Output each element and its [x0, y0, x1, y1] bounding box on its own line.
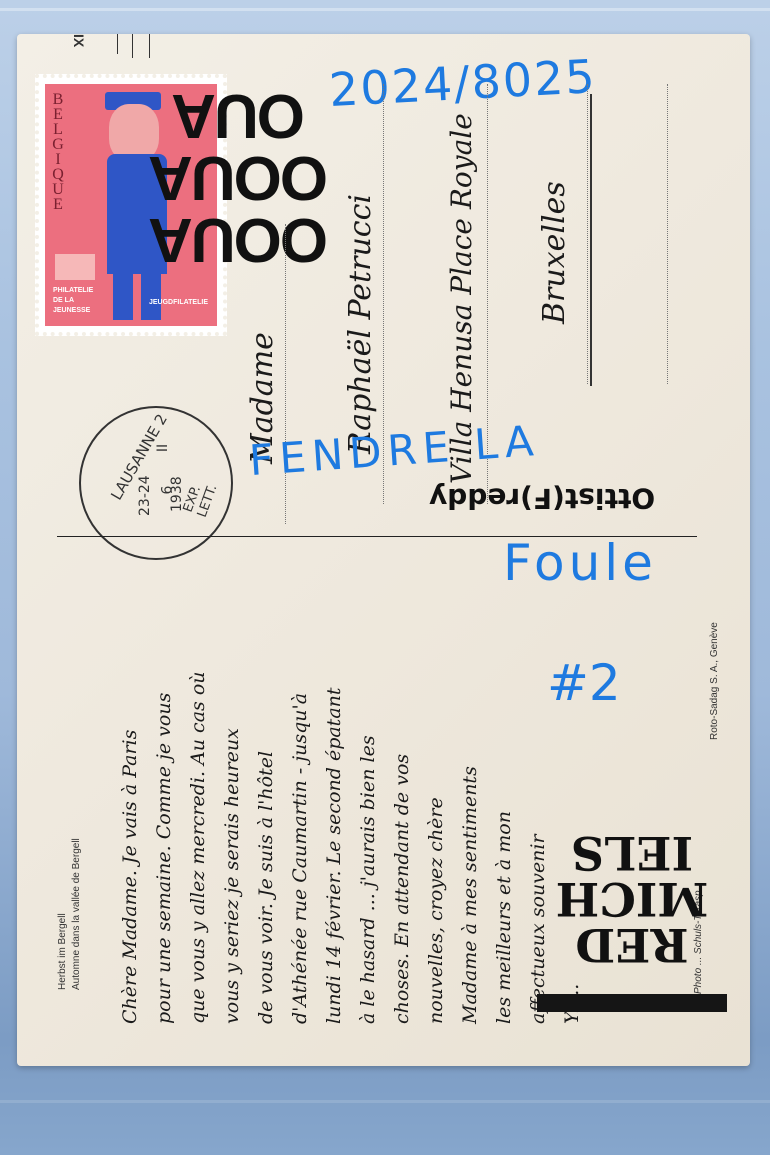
stamp-caption-right: JEUGDFILATELIE: [149, 299, 208, 306]
message-text: Chère Madame. Je vais à Paris pour une s…: [113, 672, 589, 1025]
blue-text-fendre-la: FENDRE LA: [248, 416, 541, 485]
edge-marks: IX: [71, 34, 87, 47]
caption-printer: Roto-Sadag S. A., Genève: [709, 622, 720, 740]
scanner-glare: [0, 1100, 770, 1103]
postmark-service: EXP. LETT.: [181, 458, 228, 519]
fred-michiels-stamp: RED MICH IELS: [537, 830, 727, 968]
address-line: [587, 84, 588, 384]
postman-leg: [141, 270, 161, 320]
caption-title-de: Herbst im Bergell: [57, 913, 68, 990]
fred-stamp-bar: [537, 994, 727, 1012]
address-line: [667, 84, 668, 384]
oua-overprint: OOUA OOUA OUA: [139, 84, 339, 270]
postcard: IX BELGIQUE PHILATELIE DE LA JEUNESSE JE…: [17, 34, 750, 1066]
stamp-caption-left: PHILATELIE DE LA JEUNESSE: [53, 286, 93, 316]
address-line-2: Raphaël Petrucci: [343, 194, 378, 454]
address-line-4: Bruxelles: [537, 181, 572, 324]
postmark-time: 23-24: [137, 475, 153, 516]
edge-line: [117, 34, 118, 54]
ottist-freddy-stamp: Ottist(F)reddy: [429, 482, 655, 515]
edge-line: [132, 34, 133, 58]
scanner-glare: [0, 8, 770, 11]
blue-text-foule: Foule: [503, 534, 657, 592]
edge-line: [149, 34, 150, 58]
address-divider: [590, 94, 592, 386]
stamp-country: BELGIQUE: [51, 92, 65, 212]
postman-leg: [113, 270, 133, 320]
postman-letter: [55, 254, 95, 280]
caption-title-fr: Automne dans la vallée de Bergell: [71, 838, 82, 990]
blue-date: 2024/8025: [328, 49, 598, 117]
postmark-month: II: [155, 444, 171, 452]
